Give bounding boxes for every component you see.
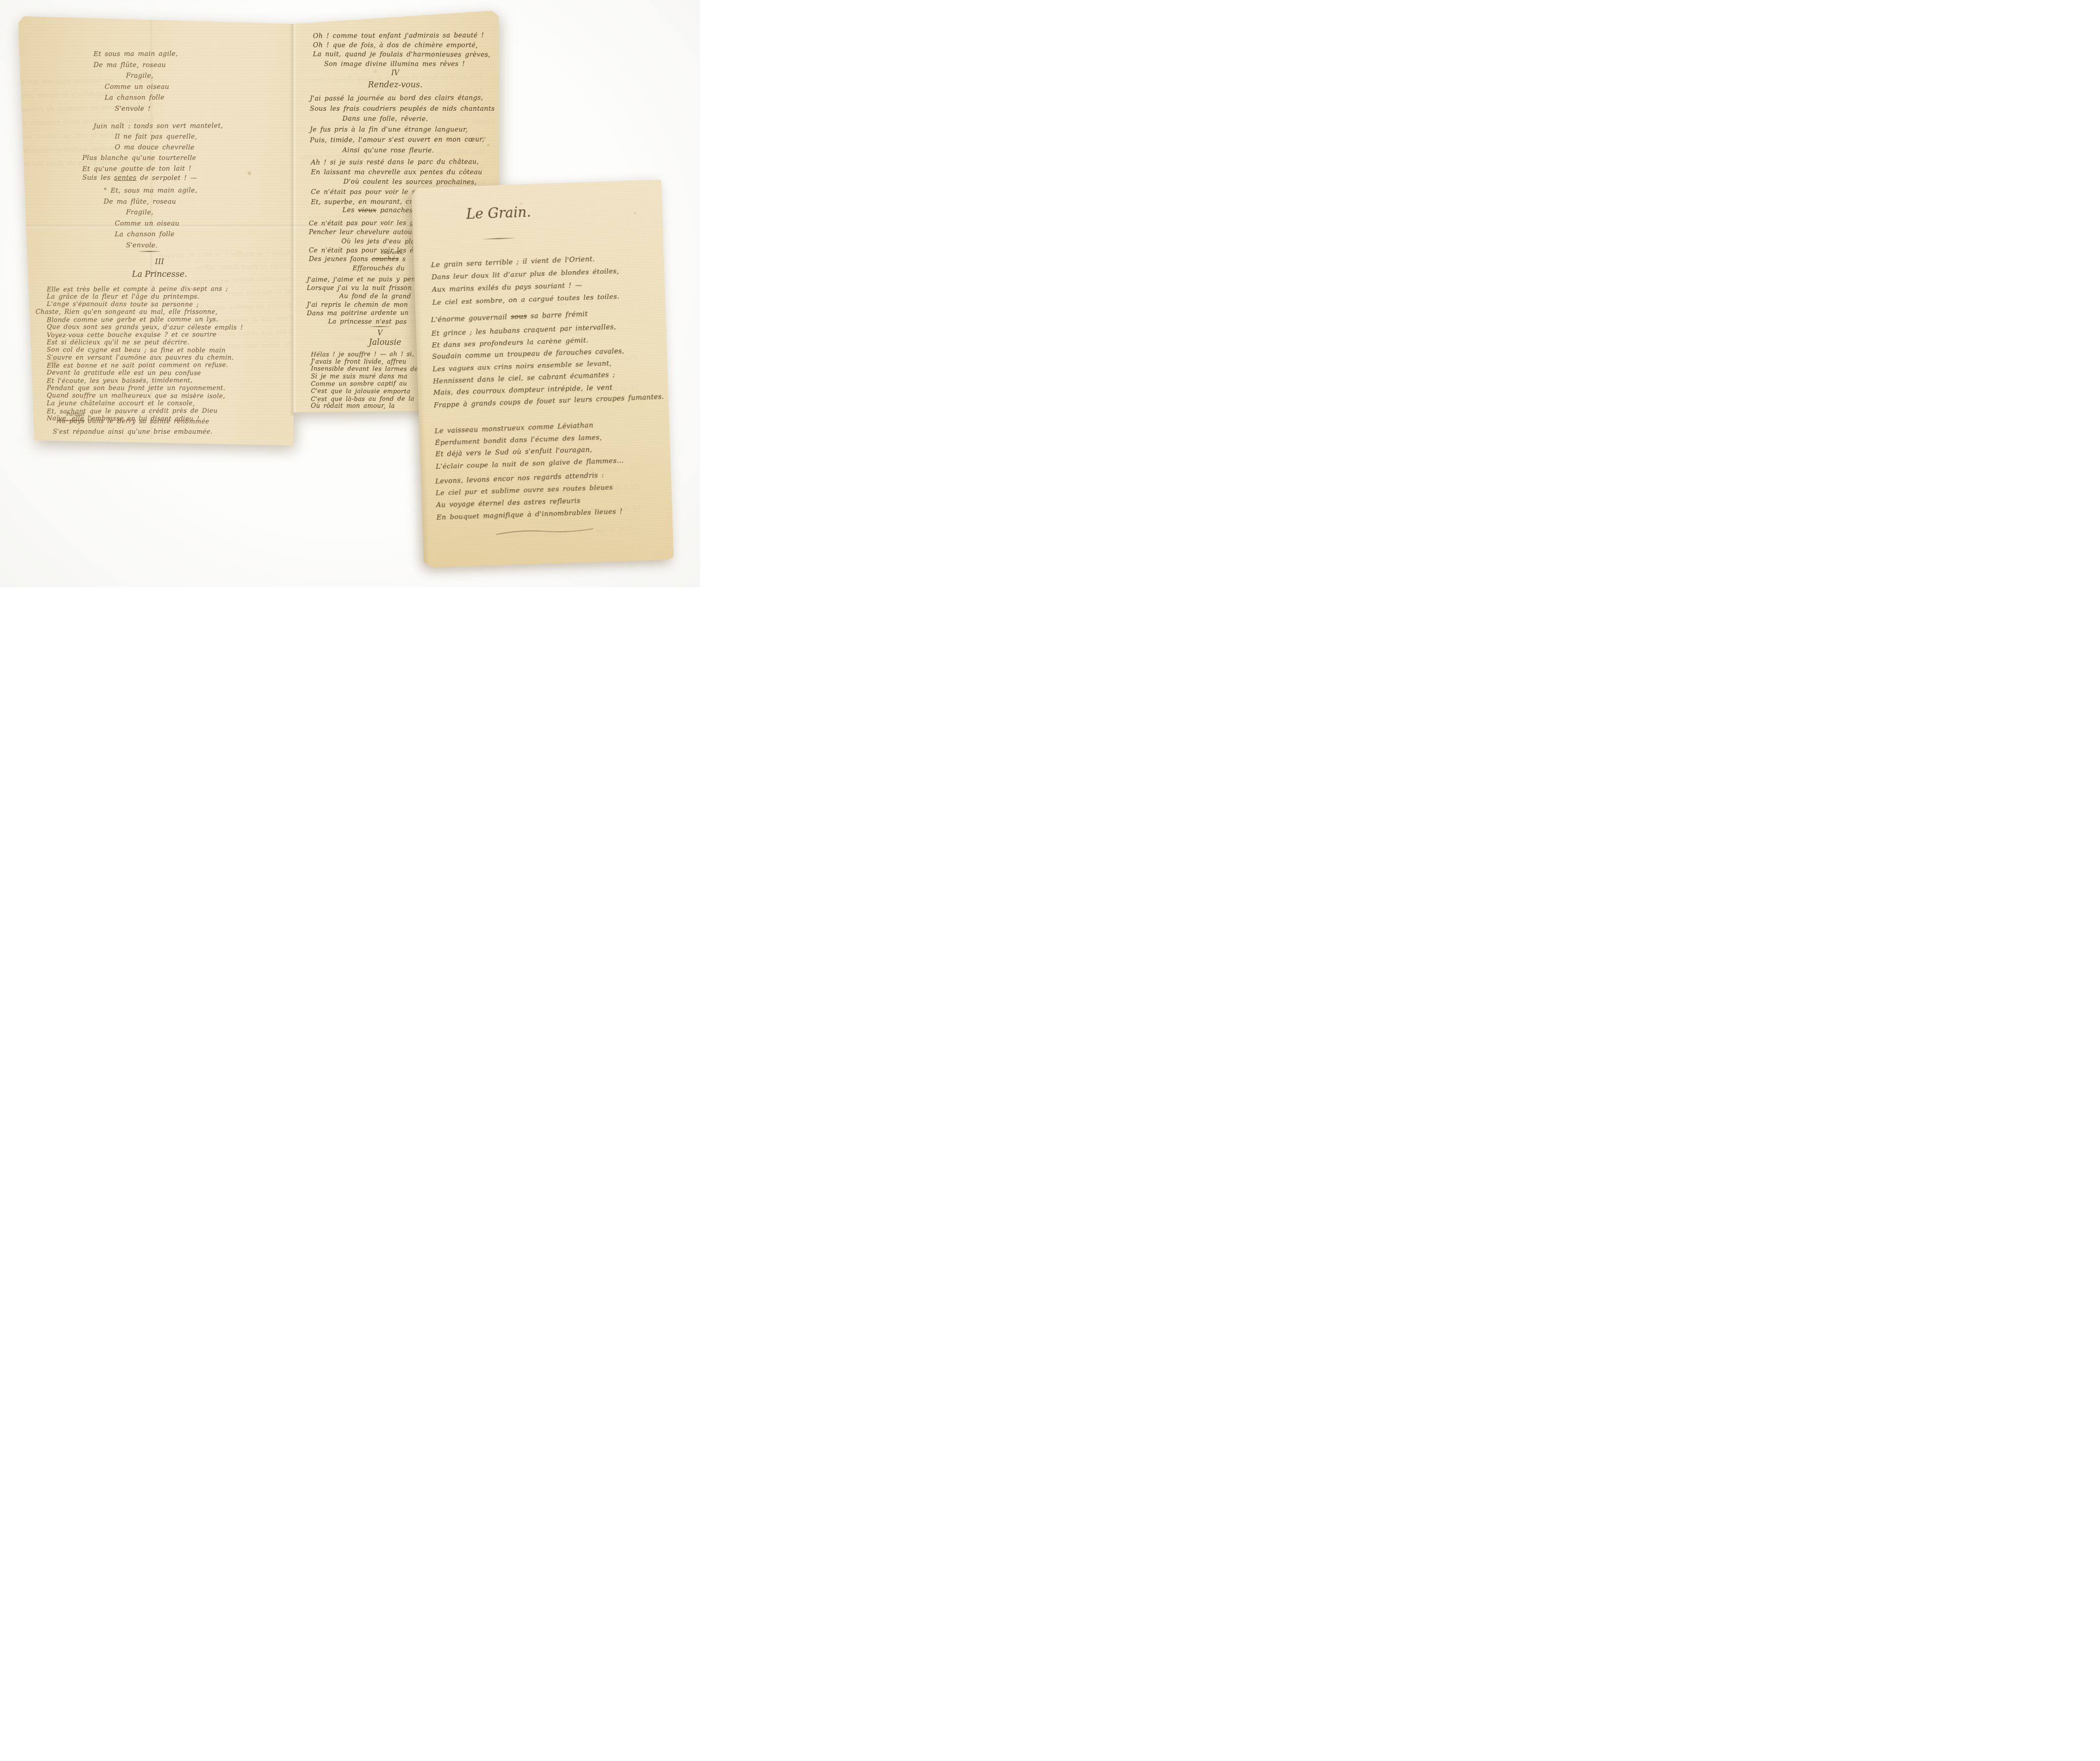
manuscript-line: La chanson folle	[115, 229, 198, 240]
le-grain-sheet: Juin naît : tonds son vert mantelet,Il n…	[411, 180, 674, 568]
underlined-word: sentes	[114, 174, 137, 182]
manuscript-line: Oh ! comme tout enfant j'admirais sa bea…	[313, 31, 491, 41]
manuscript-line: La nuit, quand je foulais d'harmonieuses…	[313, 50, 491, 60]
manuscript-line: L'ange s'épanouit dans toute sa personne…	[47, 300, 243, 308]
manuscript-line: Ah ! si je suis resté dans le parc du ch…	[311, 157, 484, 168]
grain-stanza: Le grain sera terrible ; il vient de l'O…	[431, 252, 620, 309]
manuscript-line: Est si délicieux qu'il ne se peut décrir…	[47, 338, 243, 346]
section-title: Jalousie	[344, 337, 426, 347]
manuscript-line: Pendant que son beau front jette un rayo…	[47, 384, 243, 392]
line-fragment: sa barre frémit	[527, 310, 588, 320]
poem-title: Le Grain.	[432, 203, 565, 223]
manuscript-line: Ainsi qu'une rose fleurie.	[342, 145, 495, 156]
title-underline	[483, 238, 515, 240]
section-divider	[370, 326, 390, 327]
poem-last-line: S'est répandue ainsi qu'une brise embaum…	[53, 428, 213, 435]
manuscript-line: Fragile,	[126, 71, 178, 82]
line-fragment: s	[399, 255, 406, 263]
manuscript-line: Ce n'était pas pour voir les é	[309, 246, 421, 255]
inserted-word: Partout	[67, 412, 85, 418]
manuscript-line: Blonde comme une gerbe et pâle comme un …	[47, 315, 243, 324]
flourish-divider	[494, 526, 595, 537]
manuscript-line: ° Et, sous ma main agile,	[104, 185, 198, 197]
manuscript-line: Chaste, Rien qu'en songeant au mal, elle…	[36, 308, 243, 315]
corrected-line: L'énorme gouvernail sous sa barre frémit	[431, 310, 588, 324]
manuscript-line: Dans une folle, rêverie.	[342, 114, 495, 125]
manuscript-line: S'ouvre en versant l'aumône aux pauvres …	[47, 354, 243, 361]
manuscript-line: Voyez-vous cette bouche exquise ? et ce …	[47, 330, 243, 339]
manuscript-line: Oh ! que de fois, à dos de chimère empor…	[313, 41, 491, 51]
manuscript-line: Devant la gratitude elle est un peu conf…	[47, 368, 243, 376]
foxing-spot	[632, 211, 637, 215]
manuscript-line: Quand souffre un malheureux que sa misèr…	[47, 391, 243, 399]
sentes-line: Suis les sentes de serpolet ! —	[82, 174, 197, 182]
section-number: IV	[375, 69, 416, 77]
manuscript-line: Sous les frais coudriers peuplés de nids…	[310, 104, 495, 115]
manuscript-line: Et qu'une goutte de ton lait !	[82, 163, 223, 174]
line-fragment: L'énorme gouvernail	[431, 313, 511, 324]
struck-word: Au pays	[57, 417, 85, 424]
manuscript-line: J'ai passé la journée au bord des clairs…	[310, 93, 495, 104]
manuscript-line: La chanson folle	[105, 92, 178, 104]
manuscript-photo: Et grince ; les haubans craquent par int…	[0, 0, 700, 587]
line-fragment: Des jeunes faons	[309, 255, 372, 263]
manuscript-line: Fragile,	[126, 207, 198, 218]
section-number: V	[360, 329, 400, 337]
grain-stanza: Le vaisseau monstrueux comme LéviathanÉp…	[434, 419, 624, 473]
manuscript-line: Où les jets d'eau plo	[341, 237, 421, 246]
manuscript-line: Il ne fait pas querelle,	[115, 132, 223, 142]
manuscript-line: J'ai repris le chemin de mon	[307, 301, 416, 309]
manuscript-line: Lorsque j'ai vu la nuit frisson	[307, 284, 416, 293]
manuscript-line: J'aime, j'aime et ne puis y pen	[307, 275, 416, 284]
manuscript-line: S'envole.	[126, 240, 198, 251]
struck-word: sous	[511, 312, 527, 321]
section-divider	[138, 251, 161, 252]
manuscript-line: Et sous ma main agile,	[93, 49, 178, 60]
refrain-stanza: Et sous ma main agile,De ma flûte, rosea…	[93, 49, 178, 114]
manuscript-line: Pencher leur chevelure autour	[309, 228, 421, 237]
poem-line: Effarouchés du	[353, 264, 405, 272]
manuscript-line: Son col de cygne est beau ; sa fine et n…	[47, 345, 243, 354]
section-number: III	[109, 257, 210, 266]
manuscript-line: Son image divine illumina mes rêves !	[324, 60, 491, 70]
manuscript-line: Puis, timide, l'amour s'est ouvert en mo…	[310, 135, 495, 146]
line-fragment: Les	[342, 207, 358, 214]
manuscript-line: Comme un oiseau	[105, 82, 178, 93]
section-title: Rendez-vous.	[349, 80, 441, 89]
manuscript-line: Je fus pris à la fin d'une étrange langu…	[310, 125, 495, 136]
manuscript-line: De ma flûte, roseau	[93, 60, 178, 71]
line-fragment: Suis les	[82, 174, 114, 182]
line-fragment: de serpolet ! —	[137, 174, 197, 182]
cutoff-stanza: Ce n'était pas pour voir les graPencher …	[309, 218, 421, 255]
june-stanza: Juin naît : tonds son vert mantelet,Il n…	[82, 121, 223, 174]
manuscript-line: Juin naît : tonds son vert mantelet,	[93, 120, 223, 132]
line-fragment: dans le Berry sa sainte renommée	[85, 417, 209, 425]
struck-word: vieux	[358, 207, 376, 214]
manuscript-line: Que doux sont ses grands yeux, d'azur cé…	[47, 323, 243, 331]
manuscript-line: Au fond de la grand	[339, 292, 416, 301]
manuscript-line: S'envole !	[115, 103, 178, 114]
manuscript-line: La grâce de la fleur et l'âge du printem…	[47, 293, 243, 300]
section-title: La Princesse.	[99, 269, 220, 279]
rendezvous-stanza: J'ai passé la journée au bord des clairs…	[310, 93, 495, 156]
manuscript-line: En laissant ma chevrelle aux pentes du c…	[311, 168, 484, 178]
manuscript-line: Ce n'était pas pour voir les gra	[309, 218, 421, 228]
grain-stanza: Levons, levons encor nos regards attendr…	[435, 469, 622, 524]
manuscript-line: De ma flûte, roseau	[104, 197, 197, 208]
manuscript-line: D'où coulent les sources prochaines,	[343, 177, 484, 187]
inserted-word: courants,	[381, 250, 404, 255]
cutoff-stanza: J'aime, j'aime et ne puis y penLorsque j…	[307, 275, 416, 326]
manuscript-line: Et l'écoute, les yeux baissés, timidemen…	[47, 376, 243, 385]
refrain-repeat-stanza: ° Et, sous ma main agile,De ma flûte, ro…	[82, 185, 197, 251]
corrected-line: Des jeunes faons courants,couchés s	[309, 255, 406, 263]
manuscript-line: Elle est très belle et compte à peine di…	[47, 284, 243, 293]
struck-word: couchés	[372, 255, 399, 263]
corrected-line: PartoutAu pays dans le Berry sa sainte r…	[57, 417, 209, 425]
manuscript-line: Plus blanche qu'une tourterelle	[82, 153, 223, 164]
grain-stanza: Et grince ; les haubans craquent par int…	[431, 320, 664, 411]
manuscript-line: Elle est bonne et ne sait point comment …	[47, 361, 243, 369]
grain-sheet-wrapper: Juin naît : tonds son vert mantelet,Il n…	[411, 180, 674, 568]
princesse-poem: Elle est très belle et compte à peine di…	[36, 285, 243, 422]
manuscript-line: Dans ma poitrine ardente un	[307, 309, 416, 317]
manuscript-line: La princesse n'est pas	[328, 317, 416, 326]
manuscript-line: La jeune châtelaine accourt et le consol…	[47, 399, 243, 407]
manuscript-line: O ma douce chevrelle	[115, 142, 223, 153]
manuscript-line: Comme un oiseau	[115, 218, 197, 230]
opening-stanza: Oh ! comme tout enfant j'admirais sa bea…	[313, 31, 491, 69]
left-page: Et sous ma main agile,De ma flûte, rosea…	[17, 9, 294, 447]
